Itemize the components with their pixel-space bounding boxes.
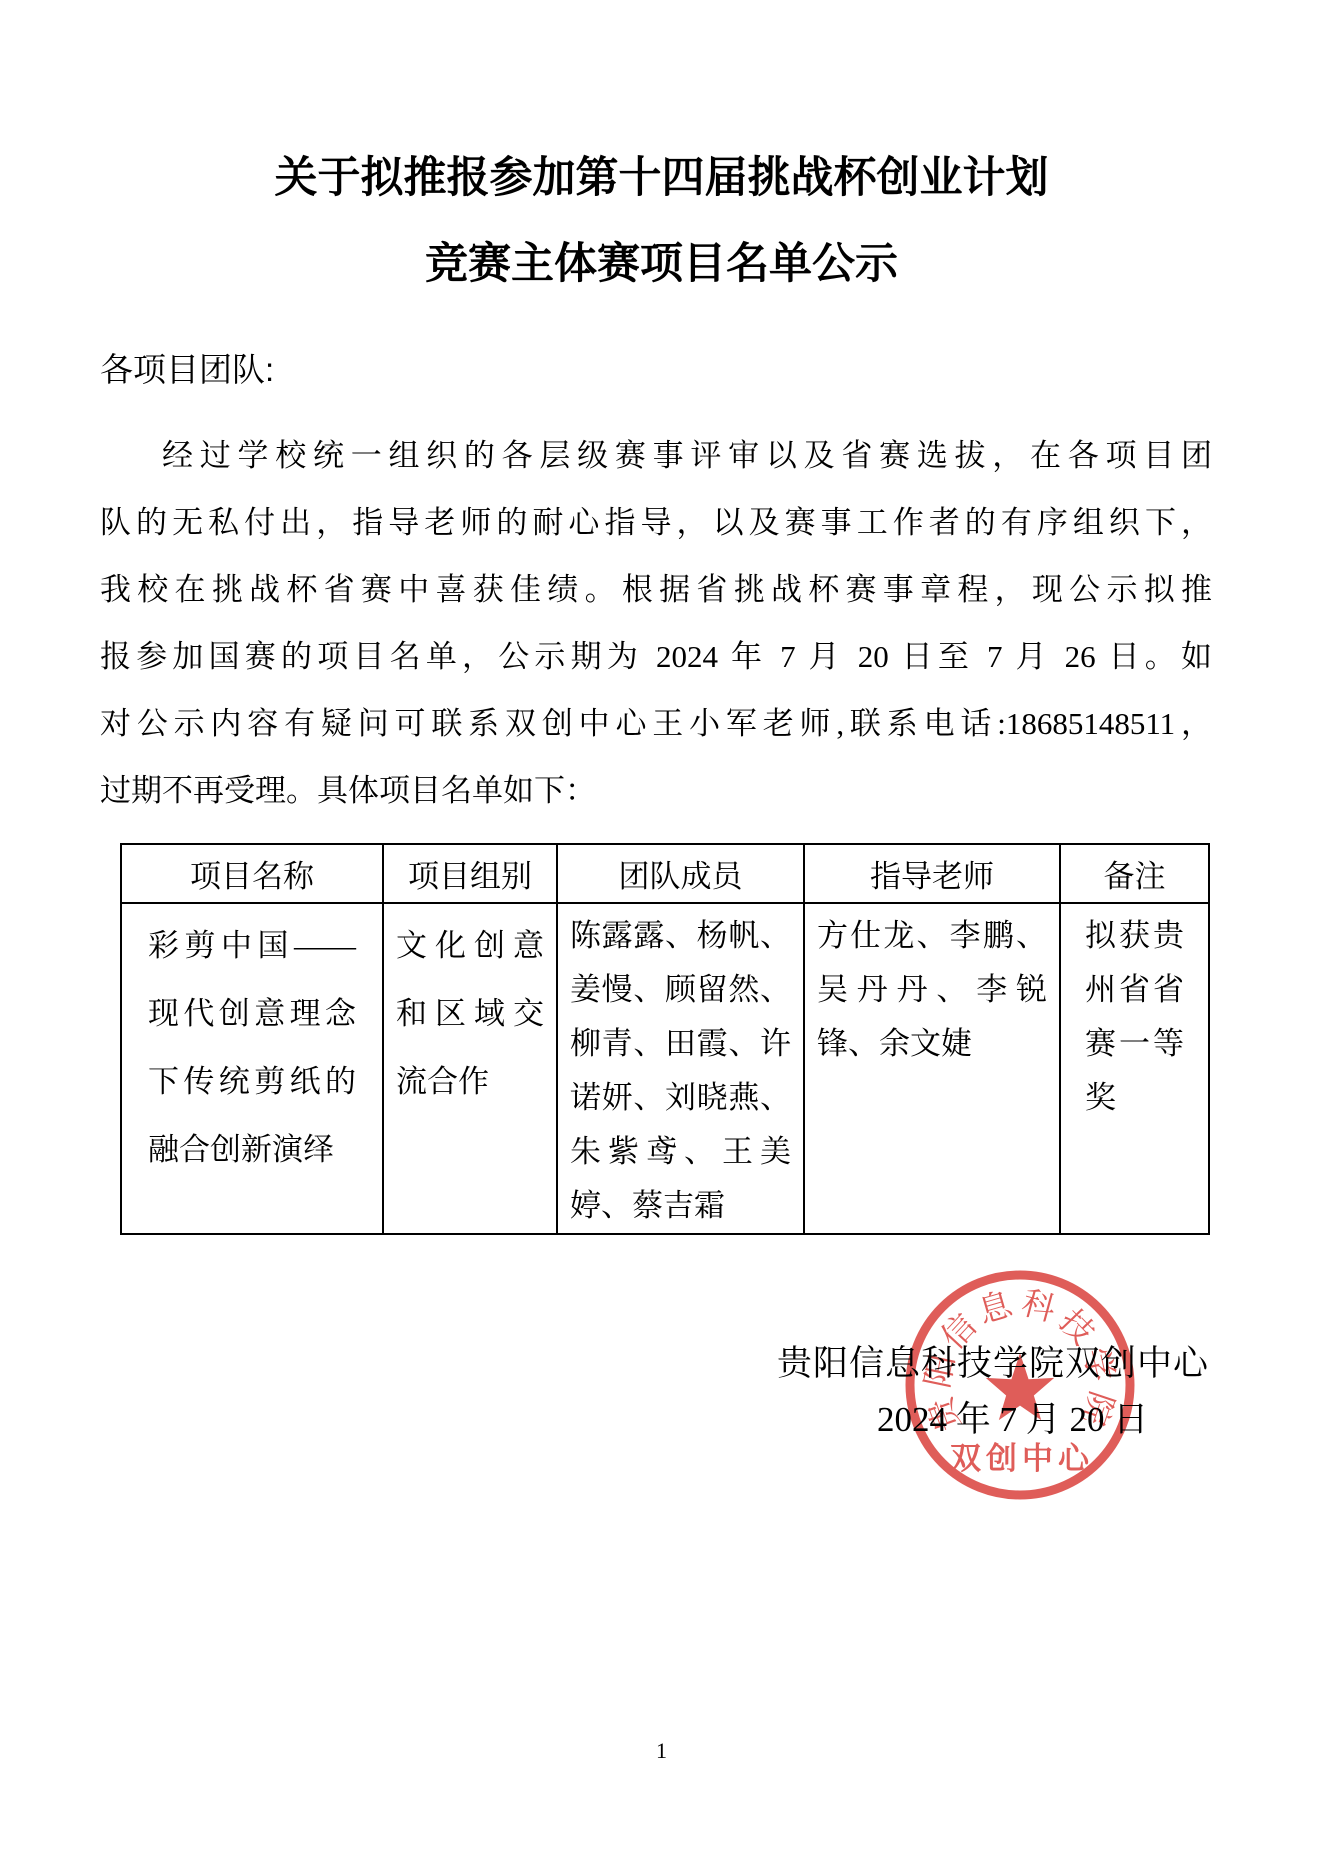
document-page: { "document": { "title_line1": "关于拟推报参加第… [0,0,1323,1871]
cell-remark: 拟获贵州省省赛一等奖 [1060,903,1209,1234]
header-project-name: 项目名称 [121,844,383,903]
cell-group: 文化创意和区域交流合作 [383,903,557,1234]
header-remark: 备注 [1060,844,1209,903]
header-advisors: 指导老师 [804,844,1060,903]
official-stamp: 贵阳信息科技学院 双创中心 [898,1263,1142,1507]
main-title-line-2: 竞赛主体赛项目名单公示 [0,238,1323,292]
star-icon [986,1353,1054,1420]
paragraph-line: 过期不再受理。具体项目名单如下： [100,757,1212,824]
cell-members: 陈露露、杨帆、姜慢、顾留然、柳青、田霞、许诺妍、刘晓燕、朱紫鸢、王美婷、蔡吉霜 [557,903,804,1234]
paragraph-line: 经过学校统一组织的各层级赛事评审以及省赛选拔，在各项目团 [100,422,1212,489]
header-group: 项目组别 [383,844,557,903]
table-row: 彩剪中国——现代创意理念下传统剪纸的融合创新演绎 文化创意和区域交流合作 陈露露… [121,903,1209,1234]
body-paragraph: 经过学校统一组织的各层级赛事评审以及省赛选拔，在各项目团 队的无私付出，指导老师… [100,422,1212,824]
projects-table: 项目名称 项目组别 团队成员 指导老师 备注 彩剪中国——现代创意理念下传统剪纸… [120,843,1210,1235]
cell-advisors: 方仕龙、李鹏、吴丹丹、李锐锋、余文婕 [804,903,1060,1234]
page-number: 1 [0,1738,1323,1764]
cell-project-name: 彩剪中国——现代创意理念下传统剪纸的融合创新演绎 [121,903,383,1234]
header-members: 团队成员 [557,844,804,903]
stamp-center-text: 双创中心 [950,1441,1094,1476]
paragraph-line: 对公示内容有疑问可联系双创中心王小军老师,联系电话:18685148511， [100,690,1212,757]
main-title-line-1: 关于拟推报参加第十四届挑战杯创业计划 [0,152,1323,206]
paragraph-line: 队的无私付出，指导老师的耐心指导，以及赛事工作者的有序组织下， [100,489,1212,556]
paragraph-line: 我校在挑战杯省赛中喜获佳绩。根据省挑战杯赛事章程，现公示拟推 [100,556,1212,623]
table-header-row: 项目名称 项目组别 团队成员 指导老师 备注 [121,844,1209,903]
paragraph-line: 报参加国赛的项目名单，公示期为 2024 年 7 月 20 日至 7 月 26 … [100,623,1212,690]
salutation: 各项目团队: [100,344,274,391]
